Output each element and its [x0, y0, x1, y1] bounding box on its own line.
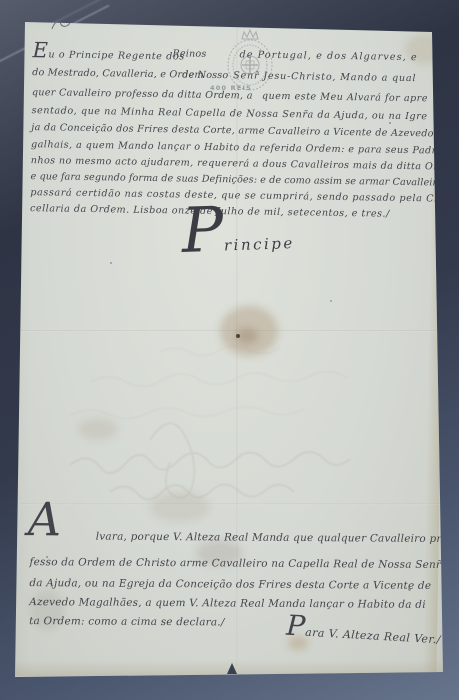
- text-line: Azevedo Magalhães, a quem V. Alteza Real…: [29, 596, 426, 611]
- text-line: da Ajuda, ou na Egreja da Conceição dos …: [29, 577, 431, 592]
- alvara-text-block: A lvara, porque V. Alteza Real Manda que…: [0, 0, 459, 700]
- text-line: ta Ordem: como a cima se declara./: [29, 615, 225, 628]
- text-line: fesso da Ordem de Christo arme Cavalleir…: [30, 556, 448, 571]
- text-line: lvara, porque V. Alteza Real Manda que q…: [96, 531, 448, 545]
- alvara-initial-letter: A: [28, 496, 62, 542]
- manuscript-paper: 400 REIS Eu o Principe Regente dos Reino…: [0, 0, 459, 700]
- photo-background: 400 REIS Eu o Principe Regente dos Reino…: [0, 0, 459, 700]
